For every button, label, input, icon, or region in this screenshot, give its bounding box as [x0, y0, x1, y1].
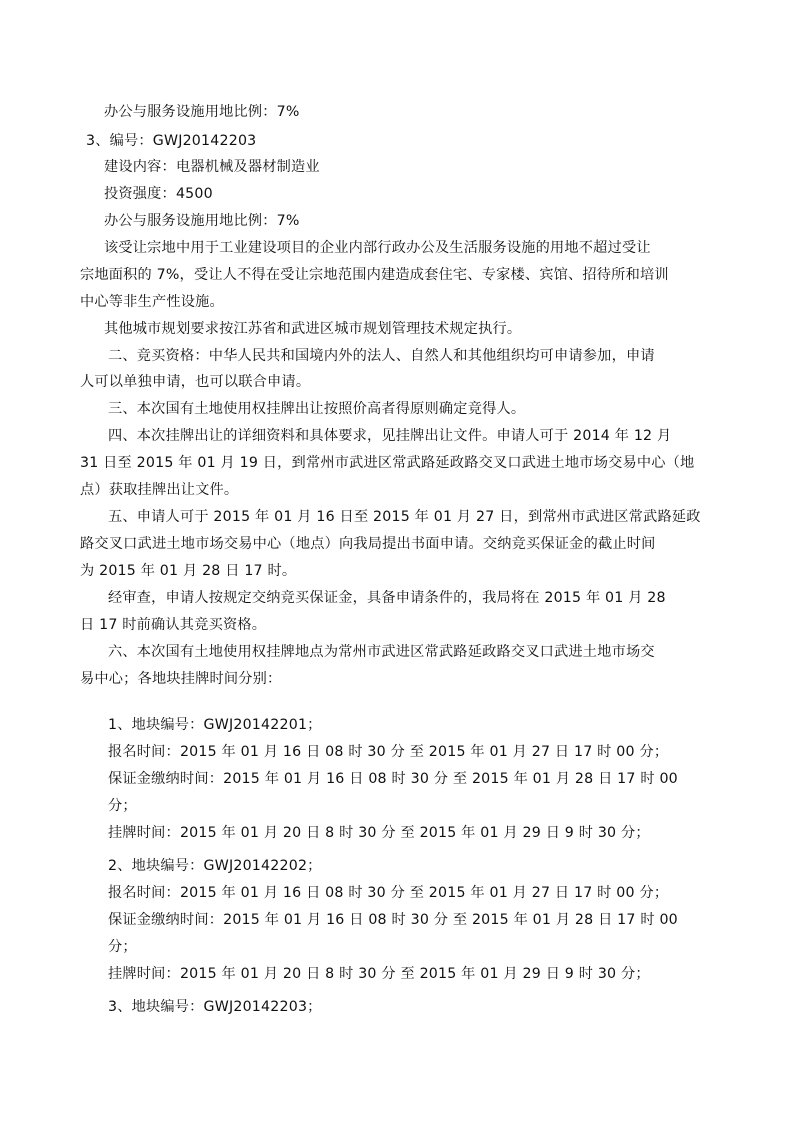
text-line: 易中心；各地块挂牌时间分别： — [80, 669, 281, 689]
text-line: 三、本次国有土地使用权挂牌出让按照价高者得原则确定竞得人。 — [108, 399, 525, 419]
text-line: 该受让宗地中用于工业建设项目的企业内部行政办公及生活服务设施的用地不超过受让 — [104, 238, 651, 258]
text-line: 四、本次挂牌出让的详细资料和具体要求，见挂牌出让文件。申请人可于 2014 年 … — [108, 426, 671, 446]
text-line: 办公与服务设施用地比例：7% — [104, 102, 300, 122]
text-line: 经审查，申请人按规定交纳竞买保证金，具备申请条件的，我局将在 2015 年 01… — [108, 588, 666, 608]
text-line: 3、编号：GWJ20142203 — [86, 131, 256, 151]
text-line: 宗地面积的 7%，受让人不得在受让宗地范围内建造成套住宅、专家楼、宾馆、招待所和… — [80, 265, 669, 285]
text-line: 中心等非生产性设施。 — [80, 292, 224, 312]
text-line: 点）获取挂牌出让文件。 — [80, 480, 238, 500]
text-line: 分； — [108, 937, 137, 957]
text-line: 2、地块编号：GWJ20142202； — [108, 856, 322, 876]
text-line: 31 日至 2015 年 01 月 19 日，到常州市武进区常武路延政路交叉口武… — [80, 453, 694, 473]
text-line: 报名时间：2015 年 01 月 16 日 08 时 30 分 至 2015 年… — [108, 742, 668, 762]
text-line: 报名时间：2015 年 01 月 16 日 08 时 30 分 至 2015 年… — [108, 883, 668, 903]
text-line: 3、地块编号：GWJ20142203； — [108, 997, 322, 1017]
text-line: 挂牌时间：2015 年 01 月 20 日 8 时 30 分 至 2015 年 … — [108, 823, 650, 843]
text-line: 投资强度：4500 — [104, 184, 213, 204]
text-line: 其他城市规划要求按江苏省和武进区城市规划管理技术规定执行。 — [104, 319, 521, 339]
text-line: 五、申请人可于 2015 年 01 月 16 日至 2015 年 01 月 27… — [108, 507, 701, 527]
text-line: 分； — [108, 796, 137, 816]
text-line: 保证金缴纳时间：2015 年 01 月 16 日 08 时 30 分 至 201… — [108, 769, 678, 789]
text-line: 为 2015 年 01 月 28 日 17 时。 — [80, 561, 296, 581]
text-line: 二、竞买资格：中华人民共和国境内外的法人、自然人和其他组织均可申请参加，申请 — [108, 346, 655, 366]
text-line: 路交叉口武进土地市场交易中心（地点）向我局提出书面申请。交纳竞买保证金的截止时间 — [80, 534, 656, 554]
text-line: 挂牌时间：2015 年 01 月 20 日 8 时 30 分 至 2015 年 … — [108, 964, 650, 984]
text-line: 建设内容：电器机械及器材制造业 — [104, 157, 320, 177]
text-line: 六、本次国有土地使用权挂牌地点为常州市武进区常武路延政路交叉口武进土地市场交 — [108, 642, 655, 662]
text-line: 办公与服务设施用地比例：7% — [104, 211, 300, 231]
text-line: 人可以单独申请，也可以联合申请。 — [80, 372, 310, 392]
text-line: 1、地块编号：GWJ20142201； — [108, 715, 322, 735]
text-line: 日 17 时前确认其竞买资格。 — [80, 615, 266, 635]
text-line: 保证金缴纳时间：2015 年 01 月 16 日 08 时 30 分 至 201… — [108, 910, 678, 930]
